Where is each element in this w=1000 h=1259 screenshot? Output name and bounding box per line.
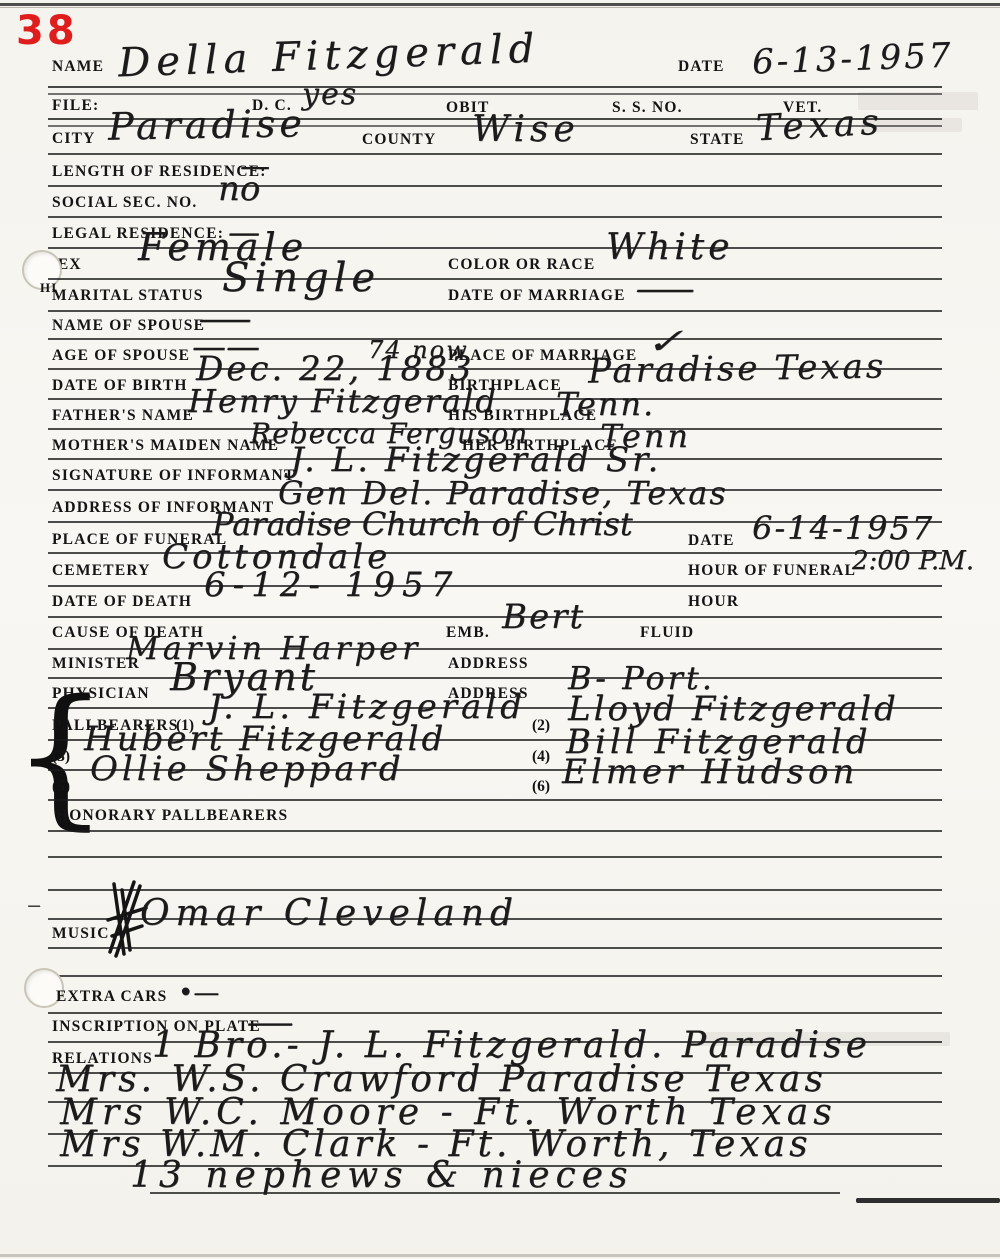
name-of-spouse-label: NAME OF SPOUSE <box>52 317 205 335</box>
ruled-line <box>48 799 942 801</box>
extra-cars-value: •— <box>178 980 219 1006</box>
marital-status-label: MARITAL STATUS <box>52 287 204 305</box>
scan-bottom-streak <box>856 1198 1000 1203</box>
scan-bottom-edge <box>0 1254 1000 1257</box>
stray-mark: ‾ <box>28 904 40 928</box>
ruled-line <box>48 889 942 891</box>
funeral-date-value: 6-14-1957 <box>752 512 934 544</box>
age-of-spouse-label: AGE OF SPOUSE <box>52 347 190 365</box>
mothers-maiden-name-label: MOTHER'S MAIDEN NAME <box>52 437 279 455</box>
pallbearer-6-num: (6) <box>532 778 550 796</box>
date-of-death-label: DATE OF DEATH <box>52 593 192 611</box>
date-label: DATE <box>678 58 725 76</box>
emb-value: Bert <box>502 600 585 634</box>
ruled-line <box>48 830 942 832</box>
ruled-line <box>48 86 942 95</box>
county-label: COUNTY <box>362 131 436 149</box>
name-label: NAME <box>52 58 104 76</box>
color-or-race-value: White <box>606 230 733 266</box>
signature-of-informant-label: SIGNATURE OF INFORMANT <box>52 467 295 485</box>
date-of-marriage-label: DATE OF MARRIAGE <box>448 287 626 305</box>
ruled-line <box>48 185 942 187</box>
fathers-name-label: FATHER'S NAME <box>52 407 194 425</box>
ruled-line <box>48 153 942 155</box>
marital-status-value: Single <box>222 258 380 298</box>
ruled-line <box>48 947 942 949</box>
ruled-line <box>48 975 942 977</box>
pallbearer-3-num: (3) <box>52 748 70 766</box>
name-value: Della Fitzgerald <box>117 29 540 84</box>
ruled-line <box>48 1012 942 1014</box>
pallbearer-4-num: (4) <box>532 748 550 766</box>
ruled-line <box>48 856 942 858</box>
pallbearer-5-name: Ollie Sheppard <box>90 752 405 786</box>
city-label: CITY <box>52 130 96 148</box>
scan-top-edge-shadow <box>0 7 1000 8</box>
date-of-death-value: 6-12- 1957 <box>204 568 459 602</box>
minister-address-label: ADDRESS <box>448 655 529 673</box>
date-value: 6-13-1957 <box>751 38 953 79</box>
pallbearer-2-num: (2) <box>532 717 550 735</box>
pallbearer-6-name: Elmer Hudson <box>562 755 858 789</box>
state-value: Texas <box>755 105 884 148</box>
pallbearer-2-name: Lloyd Fitzgerald <box>568 692 899 726</box>
scan-top-edge <box>0 3 1000 6</box>
place-of-funeral-value: Paradise Church of Christ <box>212 508 633 540</box>
dc-value: yes <box>302 80 358 110</box>
his-birthplace-value: Tenn. <box>556 388 655 420</box>
ruled-line <box>48 338 942 340</box>
date-of-birth-value: Dec. 22, 1883 <box>196 352 474 386</box>
social-sec-value: no <box>218 172 260 206</box>
music-value: Omar Cleveland <box>140 896 519 932</box>
ruled-line <box>48 216 942 218</box>
hour-of-funeral-label: HOUR OF FUNERAL <box>688 562 856 580</box>
county-value: Wise <box>472 112 580 148</box>
ruled-line <box>48 310 942 312</box>
ruled-line <box>48 616 942 618</box>
fluid-label: FLUID <box>640 624 694 642</box>
date-of-birth-label: DATE OF BIRTH <box>52 377 188 395</box>
signature-of-informant-value: J. L. Fitzgerald Sr. <box>290 443 661 477</box>
ruled-line <box>150 1192 840 1194</box>
hour-of-funeral-value: 2:00 P.M. <box>852 548 974 574</box>
social-sec-label: SOCIAL SEC. NO. <box>52 194 197 212</box>
color-or-race-label: COLOR OR RACE <box>448 256 595 274</box>
extra-cars-label: EXTRA CARS <box>56 988 167 1006</box>
relations-line-5: 13 nephews & nieces <box>130 1158 633 1194</box>
city-value: Paradise <box>108 104 306 145</box>
funeral-date-label: DATE <box>688 532 735 550</box>
ruled-line <box>48 278 942 280</box>
funeral-record-card: 38 NAME Della Fitzgerald DATE 6-13-1957 … <box>0 0 1000 1259</box>
emb-label: EMB. <box>446 624 490 642</box>
card-number: 38 <box>16 8 78 54</box>
pallbearer-5-num: (5) <box>52 778 70 796</box>
cemetery-label: CEMETERY <box>52 562 151 580</box>
honorary-pallbearers-label: HONORARY PALLBEARERS <box>56 807 288 825</box>
state-label: STATE <box>690 131 745 149</box>
date-of-marriage-value: — <box>634 272 695 306</box>
hour-label: HOUR <box>688 593 739 611</box>
ssn-label: S. S. NO. <box>612 99 683 117</box>
ruled-line <box>48 585 942 587</box>
file-label: FILE: <box>52 97 99 115</box>
birthplace-value: Paradise Texas <box>588 349 887 388</box>
